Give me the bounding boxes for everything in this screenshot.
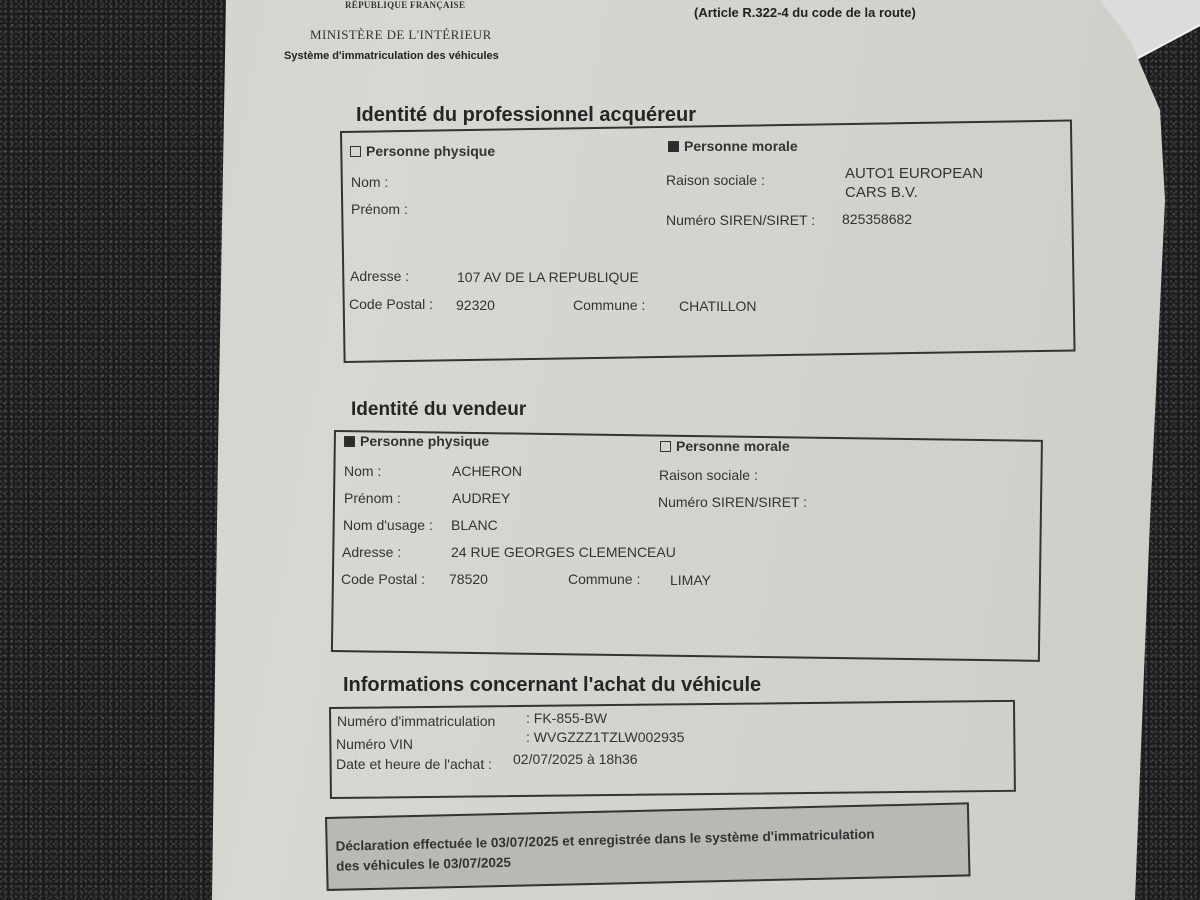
checkbox-checked-icon — [344, 436, 355, 447]
vendeur-commune-label: Commune : — [568, 571, 640, 587]
vin-value: : WVGZZZ1TZLW002935 — [526, 729, 684, 745]
vendeur-prenom-value: AUDREY — [452, 490, 510, 506]
acquereur-physique-option: Personne physique — [350, 143, 495, 159]
acquereur-raison-label: Raison sociale : — [666, 172, 765, 188]
vendeur-physique-option: Personne physique — [344, 433, 489, 449]
acquereur-cp-value: 92320 — [456, 297, 495, 313]
vendeur-morale-option: Personne morale — [660, 438, 790, 454]
article-reference: (Article R.322-4 du code de la route) — [694, 5, 916, 20]
checkbox-checked-icon — [668, 141, 679, 152]
republique-francaise: RÉPUBLIQUE FRANÇAISE — [345, 0, 465, 10]
vendeur-nom-label: Nom : — [344, 463, 381, 479]
vendeur-raison-label: Raison sociale : — [659, 467, 758, 483]
checkbox-unchecked-icon — [660, 441, 671, 452]
immatriculation-value: : FK-855-BW — [526, 710, 607, 726]
checkbox-unchecked-icon — [350, 146, 361, 157]
ministere-title: MINISTÈRE DE L'INTÉRIEUR — [310, 27, 492, 43]
acquereur-commune-label: Commune : — [573, 297, 645, 313]
date-achat-value: 02/07/2025 à 18h36 — [513, 751, 638, 767]
acquereur-cp-label: Code Postal : — [349, 296, 433, 312]
vendeur-cp-label: Code Postal : — [341, 571, 425, 587]
date-achat-label: Date et heure de l'achat : — [336, 756, 492, 772]
vin-label: Numéro VIN — [336, 736, 413, 752]
immatriculation-label: Numéro d'immatriculation — [337, 713, 495, 729]
acquereur-siren-label: Numéro SIREN/SIRET : — [666, 212, 815, 228]
acquereur-commune-value: CHATILLON — [679, 298, 757, 314]
acquereur-prenom-label: Prénom : — [351, 201, 408, 217]
acquereur-adresse-value: 107 AV DE LA REPUBLIQUE — [457, 269, 639, 285]
vendeur-siren-label: Numéro SIREN/SIRET : — [658, 494, 807, 510]
declaration-line1: Déclaration effectuée le 03/07/2025 et e… — [335, 827, 874, 854]
acquereur-raison-line2: CARS B.V. — [845, 184, 918, 201]
vendeur-prenom-label: Prénom : — [344, 490, 401, 506]
vendeur-title: Identité du vendeur — [351, 399, 526, 421]
acquereur-nom-label: Nom : — [351, 174, 388, 190]
vendeur-nom-value: ACHERON — [452, 463, 522, 479]
declaration-box: Déclaration effectuée le 03/07/2025 et e… — [325, 802, 971, 891]
achat-title: Informations concernant l'achat du véhic… — [343, 674, 761, 697]
vendeur-commune-value: LIMAY — [670, 572, 711, 588]
declaration-line2: des véhicules le 03/07/2025 — [336, 855, 511, 874]
acquereur-adresse-label: Adresse : — [350, 268, 409, 284]
vendeur-box — [331, 430, 1043, 662]
vendeur-cp-value: 78520 — [449, 571, 488, 587]
acquereur-morale-option: Personne morale — [668, 138, 798, 154]
vendeur-usage-value: BLANC — [451, 517, 498, 533]
vendeur-adresse-value: 24 RUE GEORGES CLEMENCEAU — [451, 544, 676, 560]
acquereur-title: Identité du professionnel acquéreur — [356, 104, 696, 127]
vendeur-adresse-label: Adresse : — [342, 544, 401, 560]
acquereur-raison-line1: AUTO1 EUROPEAN — [845, 165, 983, 182]
acquereur-siren-value: 825358682 — [842, 211, 912, 227]
vendeur-usage-label: Nom d'usage : — [343, 517, 433, 533]
systeme-title: Système d'immatriculation des véhicules — [284, 50, 499, 62]
